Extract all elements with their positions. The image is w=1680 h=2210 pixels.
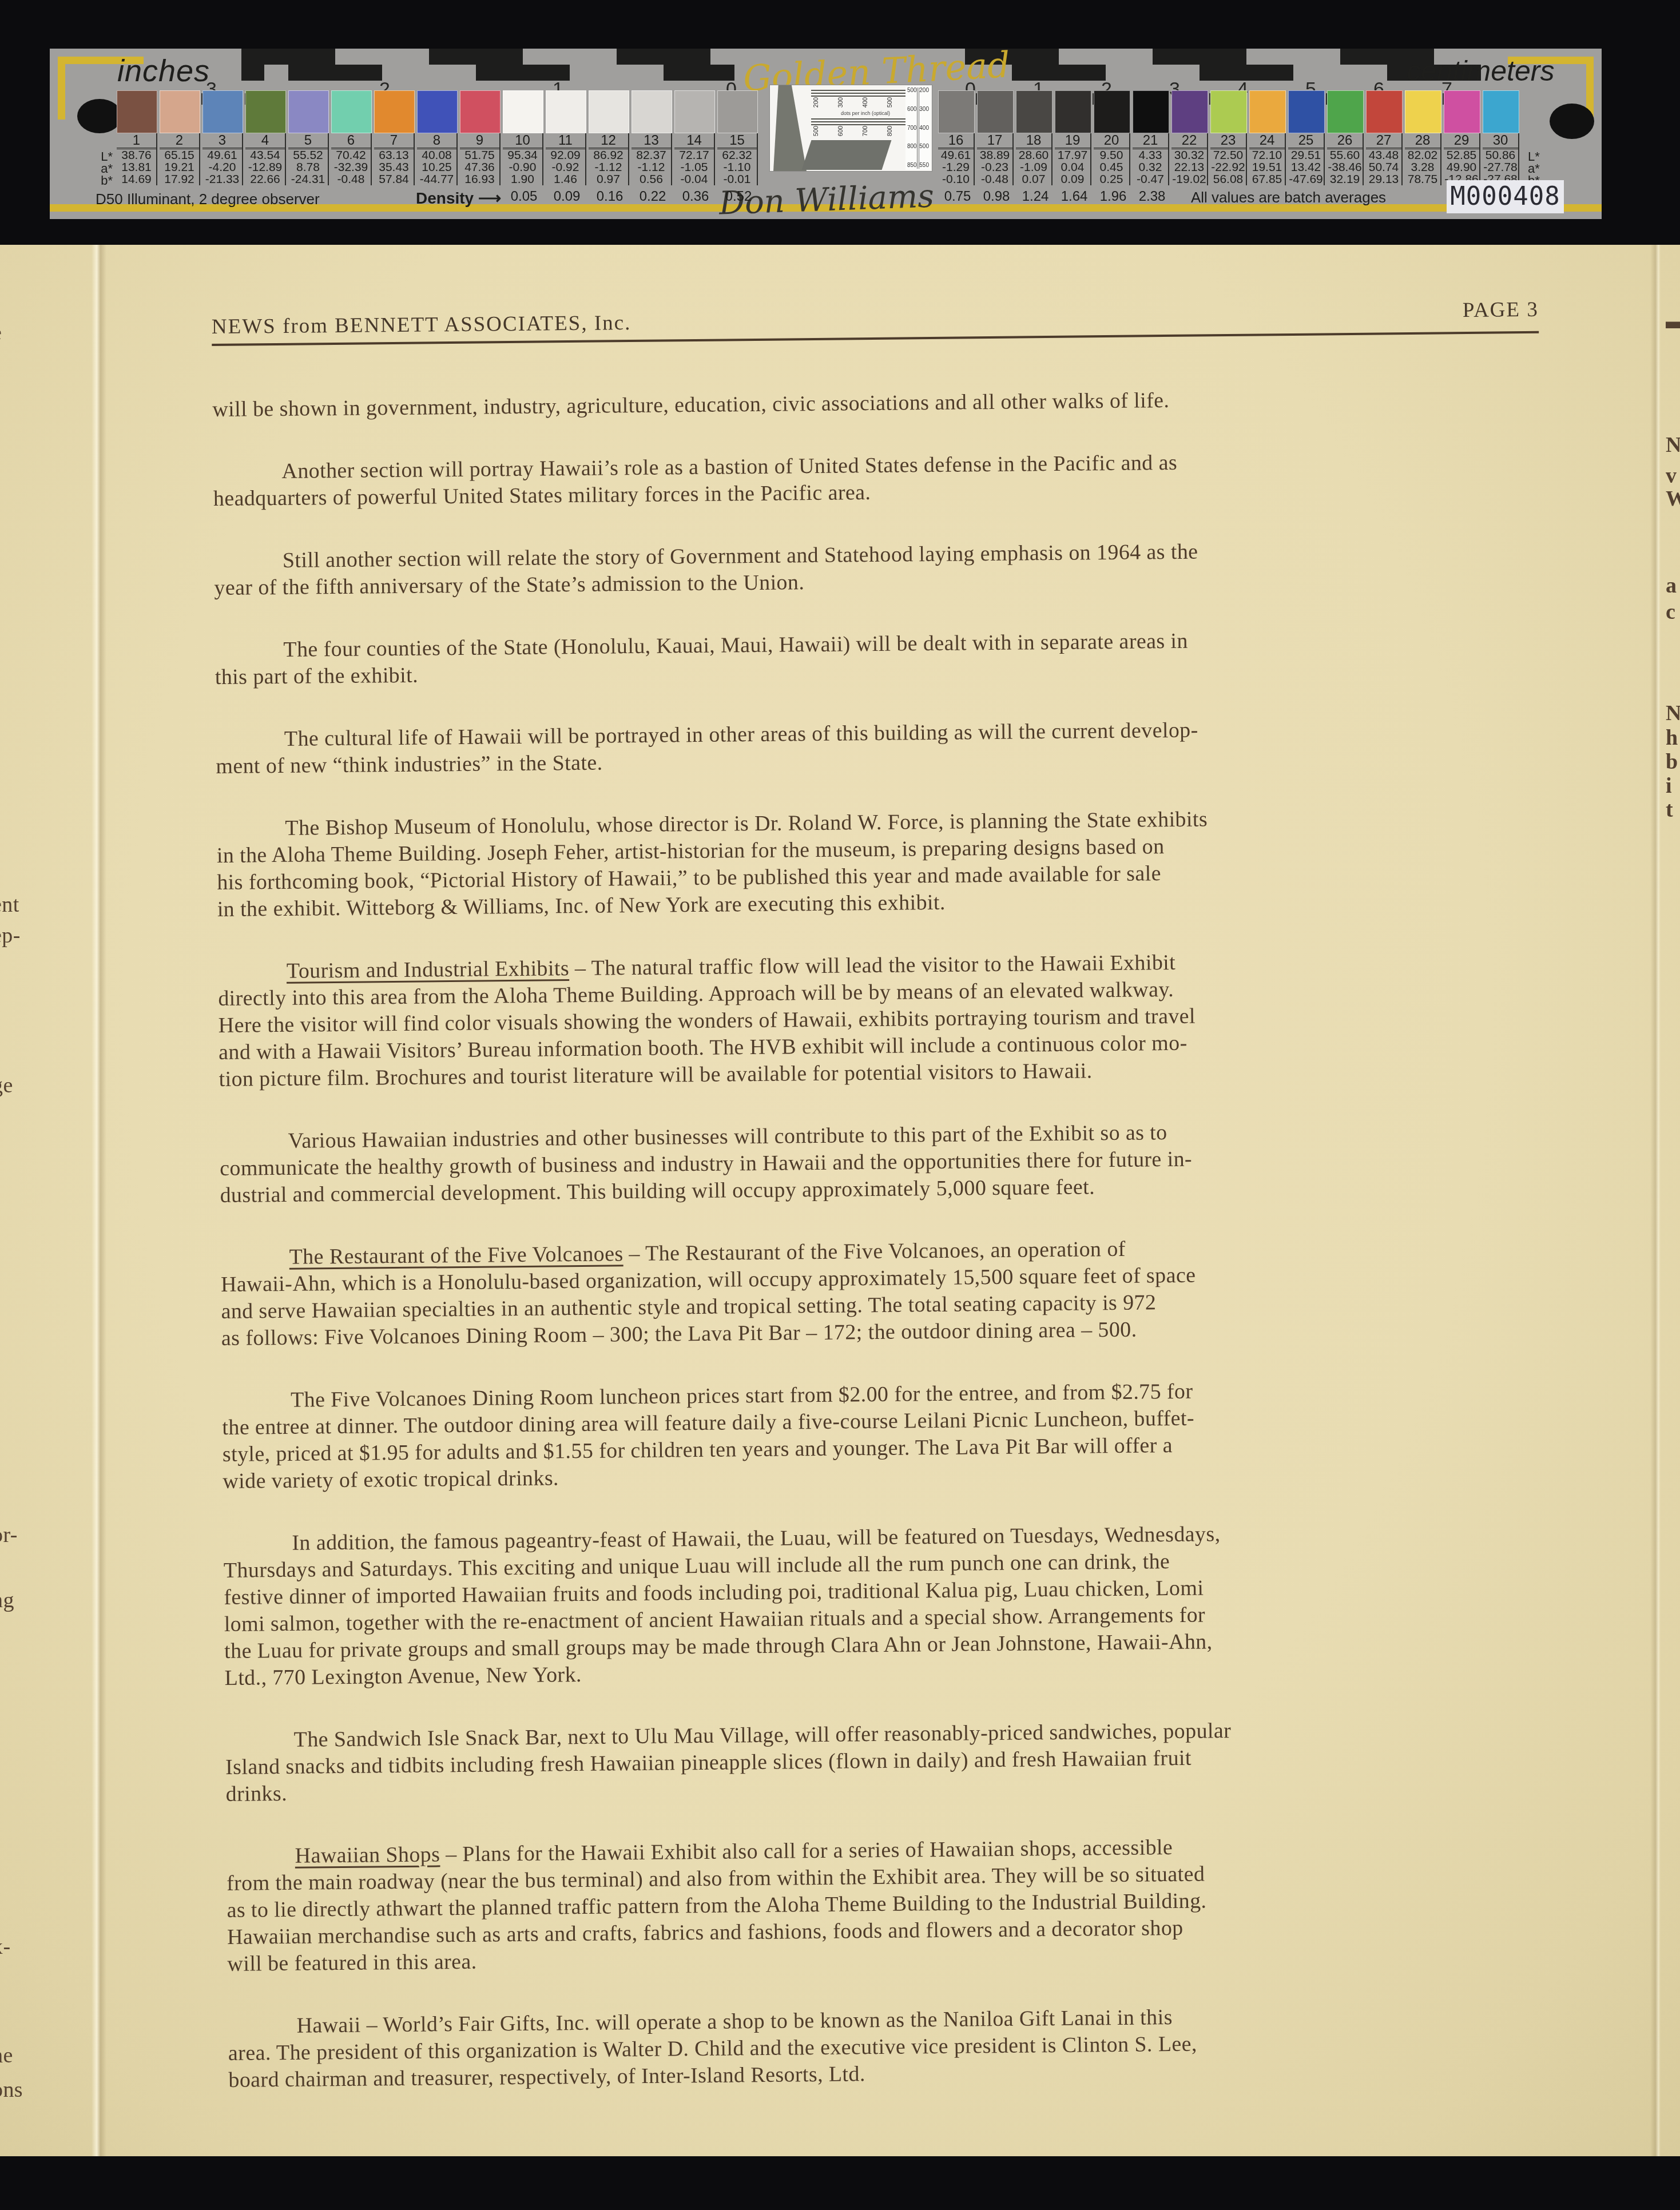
patch-lab-value: 22.66 xyxy=(245,173,285,185)
patch-column: 1286.92-1.120.97 xyxy=(589,90,632,185)
patch-table: 555.528.78-24.31 xyxy=(288,133,329,185)
patch-lab-value: 50.86 xyxy=(1483,149,1518,161)
patch-lab-value: 82.37 xyxy=(632,149,671,161)
patch-lab-value: 16.93 xyxy=(460,173,499,185)
body-line: will be shown in government, industry, a… xyxy=(212,384,1539,423)
dpi-number: 600 xyxy=(907,106,917,113)
patch-table: 1472.17-1.05-0.04 xyxy=(674,133,715,185)
patch-number: 10 xyxy=(503,133,542,149)
resolution-wedge xyxy=(773,85,807,171)
patch-lab-value: 43.48 xyxy=(1366,149,1401,161)
patch-lab-value: 3.28 xyxy=(1405,161,1440,173)
patch-lab-value: 1.46 xyxy=(546,173,585,185)
patch-column: 138.7613.8114.69 xyxy=(117,90,160,185)
patch-column: 670.42-32.39-0.48 xyxy=(331,90,374,185)
dpi-number: 500 xyxy=(907,88,917,94)
patch-lab-value: 0.07 xyxy=(1016,173,1051,185)
patch-table: 763.1335.4357.84 xyxy=(374,133,415,185)
patch-lab-value: 78.75 xyxy=(1405,173,1440,185)
density-value: 0.05 xyxy=(511,189,538,205)
page-header: NEWS from BENNETT ASSOCIATES, Inc. PAGE … xyxy=(212,298,1539,343)
density-value: 2.38 xyxy=(1139,189,1166,205)
punch-hole-right xyxy=(1550,104,1594,139)
patch-lab-value: -1.05 xyxy=(674,161,714,173)
density-value: 1.24 xyxy=(1022,189,1049,205)
patch-number: 17 xyxy=(977,133,1012,149)
patch-lab-value: 4.33 xyxy=(1133,149,1168,161)
patch-number: 25 xyxy=(1288,133,1324,149)
patch-table: 1649.61-1.29-0.10 xyxy=(938,133,975,185)
left-page-text-fragment: x- xyxy=(0,1934,10,1959)
resolution-dpi-numbers-bottom: 500600700800850 xyxy=(811,128,920,134)
density-value: 0.75 xyxy=(944,189,971,205)
scanned-newsletter-page: { "calibration_bar": { "ruler_left_label… xyxy=(0,0,1680,2210)
patch-column: 2952.8549.90-12.86 xyxy=(1444,90,1483,185)
paragraph: The Five Volcanoes Dining Room luncheon … xyxy=(222,1375,1550,1495)
patch-lab-value: 50.74 xyxy=(1366,161,1401,173)
color-patch xyxy=(938,90,975,133)
batch-averages-note: All values are batch averages xyxy=(1191,189,1386,206)
patch-lab-value: -12.89 xyxy=(245,161,285,173)
patch-table: 349.61-4.20-21.33 xyxy=(202,133,243,185)
patch-column: 3050.86-27.78-27.68 xyxy=(1483,90,1522,185)
left-page-text-fragment: ons xyxy=(0,2077,23,2102)
left-page-text-fragment: ent xyxy=(0,892,19,917)
patch-lab-value: -1.09 xyxy=(1016,161,1051,173)
patch-lab-value: 0.04 xyxy=(1055,161,1090,173)
patch-number: 29 xyxy=(1444,133,1479,149)
paragraph: will be shown in government, industry, a… xyxy=(212,384,1539,423)
color-patch xyxy=(1444,90,1480,133)
color-patch xyxy=(1327,90,1364,133)
patch-table: 2529.5113.42-47.69 xyxy=(1288,133,1325,185)
patch-lab-value: 0.32 xyxy=(1133,161,1168,173)
patch-lab-value: 32.19 xyxy=(1327,173,1363,185)
density-value: 0.09 xyxy=(554,189,581,205)
patch-lab-value: 35.43 xyxy=(374,161,414,173)
patch-number: 28 xyxy=(1405,133,1440,149)
patch-group-left: 138.7613.8114.69265.1519.2117.92349.61-4… xyxy=(117,90,760,185)
patch-lab-value: 55.52 xyxy=(288,149,328,161)
density-value: 1.96 xyxy=(1100,189,1127,205)
patch-number: 1 xyxy=(117,133,156,149)
patch-lab-value: 67.85 xyxy=(1249,173,1285,185)
right-page-text-fragment: a xyxy=(1666,573,1677,598)
dpi-number: 850 xyxy=(907,162,917,169)
section-heading: Tourism and Industrial Exhibits xyxy=(287,956,570,983)
patch-lab-value: 92.09 xyxy=(546,149,585,161)
patch-lab-value: 70.42 xyxy=(331,149,371,161)
patch-lab-value: 72.10 xyxy=(1249,149,1285,161)
patch-table: 265.1519.2117.92 xyxy=(160,133,200,185)
patch-number: 7 xyxy=(374,133,414,149)
patch-table: 2743.4850.7429.13 xyxy=(1366,133,1403,185)
patch-lab-value: 55.60 xyxy=(1327,149,1363,161)
patch-lab-value: 0.45 xyxy=(1094,161,1129,173)
patch-lab-value: 38.89 xyxy=(977,149,1012,161)
patch-lab-value: 0.25 xyxy=(1094,173,1129,185)
newsletter-title: NEWS from BENNETT ASSOCIATES, Inc. xyxy=(212,311,632,339)
patch-number: 12 xyxy=(589,133,628,149)
patch-lab-value: 49.61 xyxy=(938,149,974,161)
patch-table: 214.330.32-0.47 xyxy=(1133,133,1169,185)
patch-column: 2882.023.2878.75 xyxy=(1405,90,1444,185)
left-page-text-fragment: ge xyxy=(0,1073,13,1098)
patch-lab-value: 62.32 xyxy=(717,149,757,161)
dpi-number: 400 xyxy=(919,125,929,132)
patch-lab-value: -0.23 xyxy=(977,161,1012,173)
density-value: 0.22 xyxy=(640,189,666,205)
calibration-target-bar: inches centimeters 3210 01234567 Golden … xyxy=(50,49,1602,219)
patch-column: 840.0810.25-44.77 xyxy=(417,90,460,185)
patch-table: 1917.970.040.09 xyxy=(1055,133,1091,185)
page-edge-crease xyxy=(1650,245,1661,2156)
patch-column: 214.330.32-0.47 xyxy=(1133,90,1171,185)
dpi-number: 400 xyxy=(862,97,869,108)
resolution-dark-block xyxy=(802,140,892,170)
patch-number: 21 xyxy=(1133,133,1168,149)
patch-table: 1562.32-1.10-0.01 xyxy=(717,133,758,185)
color-patch xyxy=(503,90,543,133)
left-page-text-fragment: he xyxy=(0,2043,13,2068)
paragraph: Tourism and Industrial Exhibits – The na… xyxy=(218,946,1546,1093)
patch-column: 2372.50-22.9256.08 xyxy=(1210,90,1249,185)
document-sheet: NEWS from BENNETT ASSOCIATES, Inc. PAGE … xyxy=(0,245,1680,2156)
patch-lab-value: -19.02 xyxy=(1171,173,1207,185)
paragraph: The Bishop Museum of Honolulu, whose dir… xyxy=(216,803,1544,923)
patch-lab-value: -38.46 xyxy=(1327,161,1363,173)
patch-table: 670.42-32.39-0.48 xyxy=(331,133,372,185)
patch-column: 2655.60-38.4632.19 xyxy=(1327,90,1366,185)
patch-table: 1828.60-1.090.07 xyxy=(1016,133,1053,185)
left-page-text-fragment: or- xyxy=(0,1523,18,1548)
patch-lab-value: -1.12 xyxy=(589,161,628,173)
color-patch xyxy=(546,90,586,133)
patch-lab-value: 10.25 xyxy=(417,161,456,173)
patch-lab-value: 28.60 xyxy=(1016,149,1051,161)
patch-number: 6 xyxy=(331,133,371,149)
dpi-number: 200 xyxy=(813,97,820,108)
dpi-number: 700 xyxy=(907,125,917,132)
patch-table: 2882.023.2878.75 xyxy=(1405,133,1441,185)
color-patch xyxy=(1288,90,1325,133)
right-page-text-fragment: ▬ xyxy=(1666,309,1680,334)
paragraph: Various Hawaiian industries and other bu… xyxy=(219,1116,1547,1209)
checker-row xyxy=(241,49,734,65)
color-patch xyxy=(1133,90,1169,133)
patch-number: 22 xyxy=(1171,133,1207,149)
patch-column: 2743.4850.7429.13 xyxy=(1366,90,1405,185)
patch-number: 24 xyxy=(1249,133,1285,149)
patch-lab-value: 43.54 xyxy=(245,149,285,161)
color-patch xyxy=(674,90,715,133)
patch-table: 2472.1019.5167.85 xyxy=(1249,133,1286,185)
color-patch xyxy=(632,90,672,133)
patch-lab-value: 19.21 xyxy=(160,161,199,173)
resolution-side-scale: 500600700800850 200300400500550 xyxy=(905,86,931,170)
paragraph: Another section will portray Hawaii’s ro… xyxy=(213,446,1540,512)
patch-table: 443.54-12.8922.66 xyxy=(245,133,286,185)
dpi-number: 700 xyxy=(862,126,869,136)
color-patch xyxy=(460,90,501,133)
dpi-number: 600 xyxy=(837,126,844,136)
patch-lab-value: 49.61 xyxy=(202,149,242,161)
paragraph: Hawaiian Shops – Plans for the Hawaii Ex… xyxy=(226,1831,1554,1978)
patch-lab-value: 29.13 xyxy=(1366,173,1401,185)
patch-column: 2230.3222.13-19.02 xyxy=(1171,90,1210,185)
patch-number: 2 xyxy=(160,133,199,149)
dpi-number: 200 xyxy=(919,88,929,94)
density-value: 0.16 xyxy=(597,189,623,205)
patch-group-right: 1649.61-1.29-0.101738.89-0.23-0.481828.6… xyxy=(938,90,1522,185)
patch-number: 16 xyxy=(938,133,974,149)
patch-lab-value: 52.85 xyxy=(1444,149,1479,161)
patch-lab-value: 63.13 xyxy=(374,149,414,161)
patch-number: 26 xyxy=(1327,133,1363,149)
dpi-number: 800 xyxy=(907,144,917,150)
patch-lab-value: 47.36 xyxy=(460,161,499,173)
patch-table: 2230.3222.13-19.02 xyxy=(1171,133,1208,185)
lab-row-labels-left: L* a* b* xyxy=(85,150,113,186)
patch-table: 951.7547.3616.93 xyxy=(460,133,501,185)
patch-column: 1192.09-0.921.46 xyxy=(546,90,589,185)
patch-lab-value: 0.97 xyxy=(589,173,628,185)
color-patch xyxy=(1055,90,1091,133)
patch-lab-value: 14.69 xyxy=(117,173,156,185)
dpi-number: 300 xyxy=(837,97,844,108)
dpi-number: 500 xyxy=(919,144,929,150)
page-number: PAGE 3 xyxy=(1463,297,1539,323)
resolution-side-numbers-right: 200300400500550 xyxy=(919,88,929,169)
patch-lab-value: -0.48 xyxy=(331,173,371,185)
dpi-number: 550 xyxy=(919,162,929,169)
patch-number: 11 xyxy=(546,133,585,149)
patch-column: 1828.60-1.090.07 xyxy=(1016,90,1055,185)
paragraph: The cultural life of Hawaii will be port… xyxy=(216,714,1543,780)
section-heading: Hawaiian Shops xyxy=(295,1842,440,1867)
lab-label: L* xyxy=(85,150,113,162)
right-page-text-fragment: N xyxy=(1666,432,1680,458)
patch-column: 265.1519.2117.92 xyxy=(160,90,202,185)
resolution-caption: dots per inch (optical) xyxy=(811,110,920,116)
resolution-dpi-numbers-top: 200300400500550 xyxy=(811,99,920,106)
patch-column: 209.500.450.25 xyxy=(1094,90,1133,185)
section-heading: The Restaurant of the Five Volcanoes xyxy=(289,1242,623,1269)
patch-lab-value: -44.77 xyxy=(417,173,456,185)
lab-label: a* xyxy=(1528,162,1555,174)
paragraph: The Restaurant of the Five Volcanoes – T… xyxy=(220,1232,1548,1352)
dpi-number: 800 xyxy=(887,126,893,136)
fold-crease xyxy=(92,245,106,2156)
yellow-corner-mark xyxy=(58,57,65,120)
paragraph: Still another section will relate the st… xyxy=(214,535,1542,602)
patch-lab-value: 29.51 xyxy=(1288,149,1324,161)
patch-lab-value: -0.01 xyxy=(717,173,757,185)
paragraph: In addition, the famous pageantry-feast … xyxy=(223,1518,1552,1692)
patch-table: 2952.8549.90-12.86 xyxy=(1444,133,1480,185)
patch-column: 1382.37-1.120.56 xyxy=(632,90,674,185)
body-copy: will be shown in government, industry, a… xyxy=(212,384,1555,2094)
paragraph: Hawaii – World’s Fair Gifts, Inc. will o… xyxy=(228,2001,1555,2094)
patch-column: 1472.17-1.05-0.04 xyxy=(674,90,717,185)
patch-lab-value: -47.69 xyxy=(1288,173,1324,185)
right-page-text-fragment: t xyxy=(1666,797,1673,822)
color-patch xyxy=(1094,90,1130,133)
right-page-text-fragment: h xyxy=(1666,725,1678,750)
patch-lab-value: -1.12 xyxy=(632,161,671,173)
patch-table: 1286.92-1.120.97 xyxy=(589,133,629,185)
patch-column: 1917.970.040.09 xyxy=(1055,90,1094,185)
patch-lab-value: -22.92 xyxy=(1210,161,1246,173)
bottom-scan-band xyxy=(0,2156,1680,2210)
patch-lab-value: 57.84 xyxy=(374,173,414,185)
patch-lab-value: 30.32 xyxy=(1171,149,1207,161)
patch-lab-value: 1.90 xyxy=(503,173,542,185)
patch-table: 2655.60-38.4632.19 xyxy=(1327,133,1364,185)
patch-lab-value: 38.76 xyxy=(117,149,156,161)
patch-lab-value: 19.51 xyxy=(1249,161,1285,173)
patch-column: 1095.34-0.901.90 xyxy=(503,90,546,185)
patch-column: 443.54-12.8922.66 xyxy=(245,90,288,185)
color-patch xyxy=(1210,90,1247,133)
illuminant-note: D50 Illuminant, 2 degree observer xyxy=(96,190,320,208)
patch-lab-value: 17.92 xyxy=(160,173,199,185)
dpi-number: 500 xyxy=(887,97,893,108)
patch-lab-value: -0.04 xyxy=(674,173,714,185)
dpi-number: 300 xyxy=(919,106,929,113)
patch-column: 2529.5113.42-47.69 xyxy=(1288,90,1327,185)
patch-lab-value: 0.09 xyxy=(1055,173,1090,185)
patch-lab-value: 9.50 xyxy=(1094,149,1129,161)
patch-number: 20 xyxy=(1094,133,1129,149)
lab-label: b* xyxy=(85,174,113,186)
patch-table: 1192.09-0.921.46 xyxy=(546,133,586,185)
inches-label: inches xyxy=(117,53,210,89)
paragraph: The Sandwich Isle Snack Bar, next to Ulu… xyxy=(225,1715,1553,1808)
color-patch xyxy=(202,90,243,133)
color-patch xyxy=(417,90,458,133)
patch-lab-value: -27.78 xyxy=(1483,161,1518,173)
density-label: Density ⟶ xyxy=(416,189,501,208)
color-patch xyxy=(1016,90,1053,133)
patch-column: 555.528.78-24.31 xyxy=(288,90,331,185)
patch-lab-value: -0.47 xyxy=(1133,173,1168,185)
right-page-text-fragment: v xyxy=(1666,463,1677,488)
lab-label: L* xyxy=(1528,150,1555,162)
patch-lab-value: 51.75 xyxy=(460,149,499,161)
patch-lab-value: 8.78 xyxy=(288,161,328,173)
patch-number: 23 xyxy=(1210,133,1246,149)
patch-column: 763.1335.4357.84 xyxy=(374,90,417,185)
color-patch xyxy=(331,90,372,133)
patch-lab-value: 22.13 xyxy=(1171,161,1207,173)
patch-number: 18 xyxy=(1016,133,1051,149)
density-value: 0.52 xyxy=(725,189,752,205)
page-content: NEWS from BENNETT ASSOCIATES, Inc. PAGE … xyxy=(212,298,1556,2129)
color-patch xyxy=(977,90,1014,133)
patch-table: 1738.89-0.23-0.48 xyxy=(977,133,1014,185)
patch-column: 2472.1019.5167.85 xyxy=(1249,90,1288,185)
patch-column: 951.7547.3616.93 xyxy=(460,90,503,185)
patch-table: 840.0810.25-44.77 xyxy=(417,133,458,185)
patch-lab-value: 13.81 xyxy=(117,161,156,173)
patch-number: 13 xyxy=(632,133,671,149)
patch-lab-value: -0.90 xyxy=(503,161,542,173)
target-id-label: M000408 xyxy=(1447,180,1564,213)
right-page-text-fragment: b xyxy=(1666,749,1678,774)
color-patch xyxy=(589,90,629,133)
color-patch xyxy=(245,90,286,133)
density-value: 0.98 xyxy=(983,189,1010,205)
patch-table: 2372.50-22.9256.08 xyxy=(1210,133,1247,185)
patch-lab-value: -4.20 xyxy=(202,161,242,173)
patch-table: 1382.37-1.120.56 xyxy=(632,133,672,185)
resolution-target: 200300400500550 dots per inch (optical) … xyxy=(769,85,932,172)
right-page-text-fragment: N xyxy=(1666,701,1680,726)
checker-row xyxy=(241,65,734,81)
patch-column: 349.61-4.20-21.33 xyxy=(202,90,245,185)
patch-number: 5 xyxy=(288,133,328,149)
color-patch xyxy=(117,90,157,133)
right-page-text-fragment: i xyxy=(1666,773,1672,798)
patch-lab-value: -0.10 xyxy=(938,173,974,185)
patch-lab-value: 56.08 xyxy=(1210,173,1246,185)
centimeters-label: centimeters xyxy=(1407,54,1554,88)
dpi-number: 500 xyxy=(813,126,820,136)
patch-lab-value: 86.92 xyxy=(589,149,628,161)
patch-number: 19 xyxy=(1055,133,1090,149)
patch-table: 209.500.450.25 xyxy=(1094,133,1130,185)
color-patch xyxy=(1171,90,1208,133)
left-page-text-fragment: ep- xyxy=(0,923,21,948)
patch-lab-value: 17.97 xyxy=(1055,149,1090,161)
patch-number: 30 xyxy=(1483,133,1518,149)
left-page-text-fragment: e xyxy=(0,320,2,345)
patch-table: 138.7613.8114.69 xyxy=(117,133,157,185)
lab-label: a* xyxy=(85,162,113,174)
patch-lab-value: 72.17 xyxy=(674,149,714,161)
color-patch xyxy=(1366,90,1403,133)
color-patch xyxy=(1405,90,1441,133)
patch-lab-value: 40.08 xyxy=(417,149,456,161)
paragraph: The four counties of the State (Honolulu… xyxy=(215,625,1542,691)
left-page-text-fragment: ng xyxy=(0,1588,14,1613)
patch-lab-value: -0.92 xyxy=(546,161,585,173)
right-page-text-fragment: c xyxy=(1666,599,1675,625)
checker-strip-left xyxy=(241,49,734,81)
patch-lab-value: -24.31 xyxy=(288,173,328,185)
patch-lab-value: -21.33 xyxy=(202,173,242,185)
patch-lab-value: 95.34 xyxy=(503,149,542,161)
patch-lab-value: 49.90 xyxy=(1444,161,1479,173)
patch-lab-value: 0.56 xyxy=(632,173,671,185)
right-page-text-fragment: W xyxy=(1666,486,1680,511)
patch-column: 1562.32-1.10-0.01 xyxy=(717,90,760,185)
patch-number: 14 xyxy=(674,133,714,149)
patch-table: 1095.34-0.901.90 xyxy=(503,133,543,185)
color-patch xyxy=(1483,90,1519,133)
patch-number: 9 xyxy=(460,133,499,149)
color-patch xyxy=(374,90,415,133)
color-patch xyxy=(717,90,758,133)
density-value: 0.36 xyxy=(682,189,709,205)
patch-lab-value: -0.48 xyxy=(977,173,1012,185)
patch-lab-value: -1.10 xyxy=(717,161,757,173)
color-patch xyxy=(1249,90,1286,133)
patch-lab-value: 72.50 xyxy=(1210,149,1246,161)
patch-number: 8 xyxy=(417,133,456,149)
patch-column: 1738.89-0.23-0.48 xyxy=(977,90,1016,185)
